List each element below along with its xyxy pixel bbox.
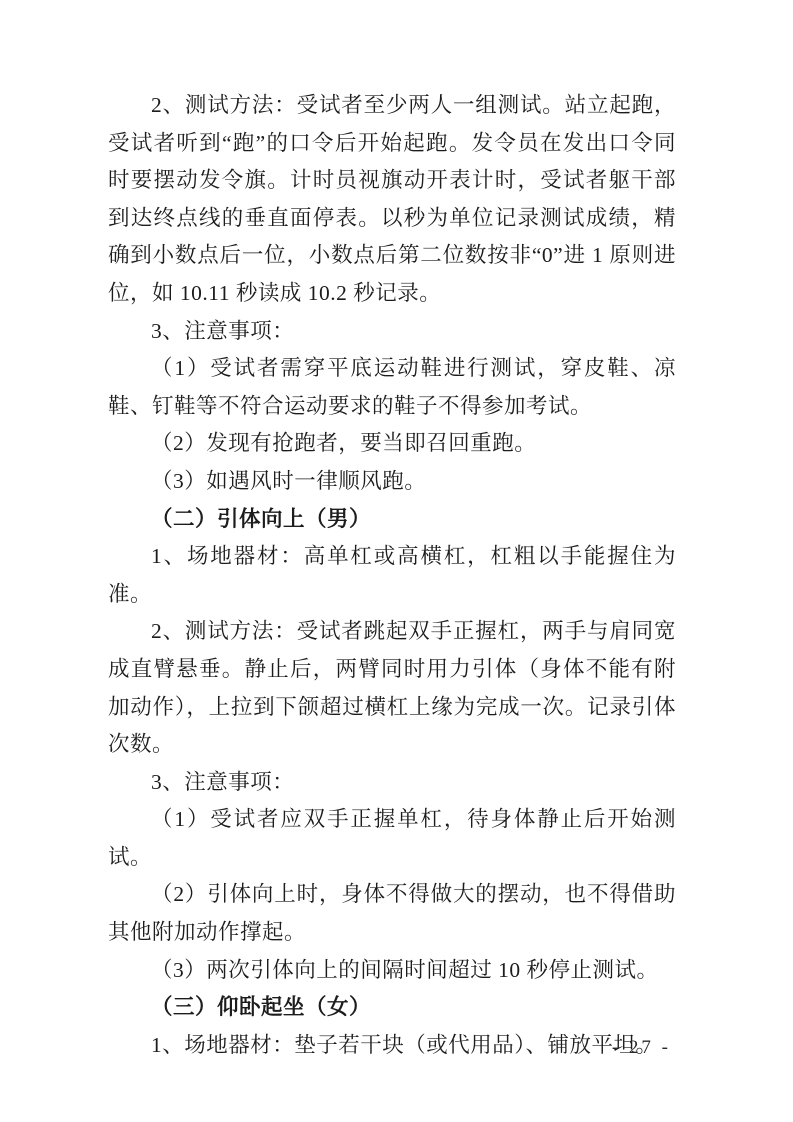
body-paragraph: （1）受试者需穿平底运动鞋进行测试，穿皮鞋、凉鞋、钉鞋等不符合运动要求的鞋子不得… — [108, 350, 676, 425]
body-paragraph: （3）如遇风时一律顺风跑。 — [108, 463, 676, 501]
page-number: - 27 - — [612, 1036, 671, 1060]
body-paragraph: 2、测试方法：受试者至少两人一组测试。站立起跑，受试者听到“跑”的口令后开始起跑… — [108, 87, 676, 313]
body-paragraph: （2）引体向上时，身体不得做大的摆动，也不得借助其他附加动作撑起。 — [108, 876, 676, 951]
body-paragraph: 3、注意事项： — [108, 313, 676, 351]
body-paragraph: （3）两次引体向上的间隔时间超过 10 秒停止测试。 — [108, 952, 676, 990]
section-heading: （二）引体向上（男） — [108, 501, 676, 539]
body-paragraph: 3、注意事项： — [108, 764, 676, 802]
body-paragraph: （1）受试者应双手正握单杠，待身体静止后开始测试。 — [108, 801, 676, 876]
body-paragraph: （2）发现有抢跑者，要当即召回重跑。 — [108, 425, 676, 463]
body-paragraph: 1、场地器材：垫子若干块（或代用品）、铺放平坦。 — [108, 1027, 676, 1065]
document-body: 2、测试方法：受试者至少两人一组测试。站立起跑，受试者听到“跑”的口令后开始起跑… — [108, 87, 676, 1064]
body-paragraph: 2、测试方法：受试者跳起双手正握杠，两手与肩同宽成直臂悬垂。静止后，两臂同时用力… — [108, 613, 676, 763]
section-heading: （三）仰卧起坐（女） — [108, 989, 676, 1027]
document-page: 2、测试方法：受试者至少两人一组测试。站立起跑，受试者听到“跑”的口令后开始起跑… — [0, 0, 793, 1122]
body-paragraph: 1、场地器材：高单杠或高横杠，杠粗以手能握住为准。 — [108, 538, 676, 613]
